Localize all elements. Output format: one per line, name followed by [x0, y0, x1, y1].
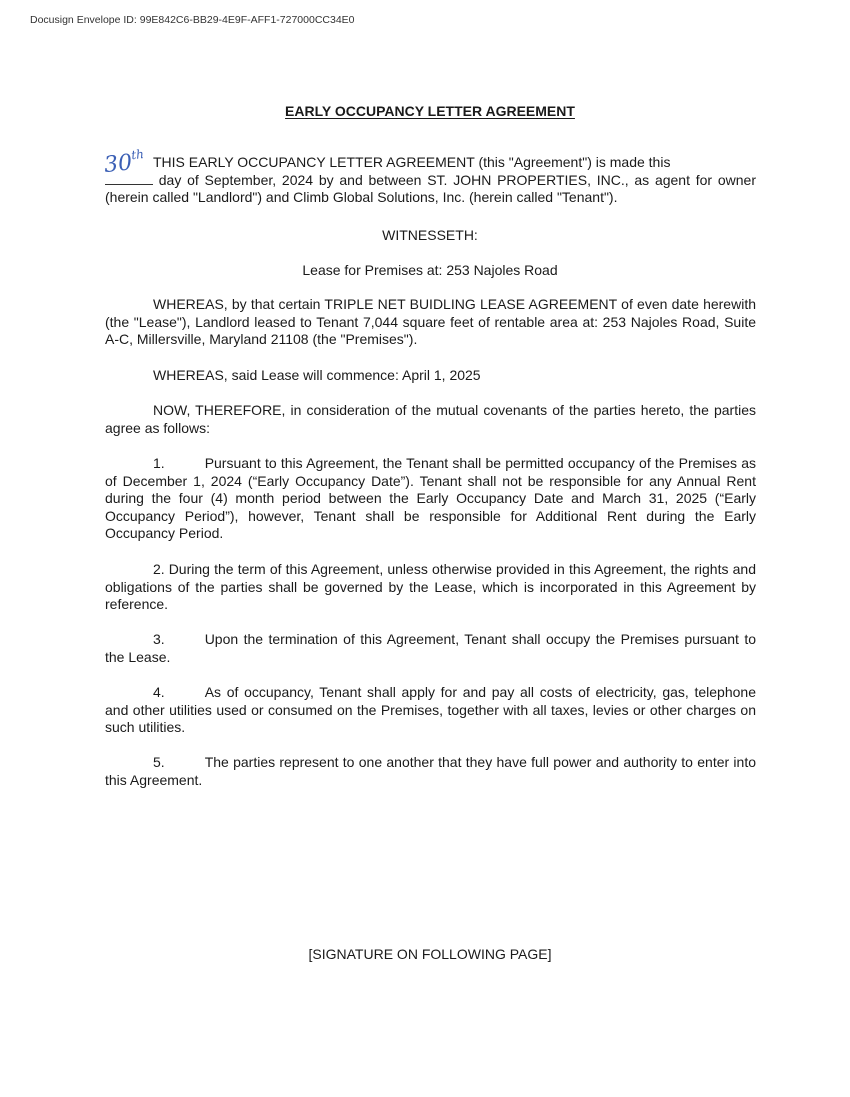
date-blank	[105, 172, 153, 185]
document-title: EARLY OCCUPANCY LETTER AGREEMENT	[0, 103, 850, 119]
witnesseth-heading: WITNESSETH:	[0, 227, 850, 243]
clause-number: 2.	[153, 561, 165, 577]
clause-3: 3.Upon the termination of this Agreement…	[105, 631, 756, 666]
clause-text: The parties represent to one another tha…	[105, 754, 756, 788]
clause-5: 5.The parties represent to one another t…	[105, 754, 756, 789]
signature-note: [SIGNATURE ON FOLLOWING PAGE]	[0, 946, 850, 962]
clause-4: 4.As of occupancy, Tenant shall apply fo…	[105, 684, 756, 737]
clause-number: 1.	[153, 455, 165, 471]
whereas-paragraph-2: WHEREAS, said Lease will commence: April…	[105, 367, 756, 385]
clause-1: 1.Pursuant to this Agreement, the Tenant…	[105, 455, 756, 543]
lease-premises-line: Lease for Premises at: 253 Najoles Road	[0, 262, 850, 278]
whereas-paragraph-1: WHEREAS, by that certain TRIPLE NET BUID…	[105, 296, 756, 349]
clause-text: Upon the termination of this Agreement, …	[105, 631, 756, 665]
intro-line1: THIS EARLY OCCUPANCY LETTER AGREEMENT (t…	[153, 154, 670, 170]
clause-text: During the term of this Agreement, unles…	[105, 561, 756, 612]
intro-paragraph: THIS EARLY OCCUPANCY LETTER AGREEMENT (t…	[105, 154, 756, 207]
clause-text: Pursuant to this Agreement, the Tenant s…	[105, 455, 756, 541]
clause-2: 2.During the term of this Agreement, unl…	[105, 561, 756, 614]
clause-number: 4.	[153, 684, 165, 700]
clause-number: 3.	[153, 631, 165, 647]
clause-number: 5.	[153, 754, 165, 770]
clause-text: As of occupancy, Tenant shall apply for …	[105, 684, 756, 735]
envelope-id: Docusign Envelope ID: 99E842C6-BB29-4E9F…	[30, 14, 355, 26]
intro-rest: day of September, 2024 by and between ST…	[105, 172, 756, 206]
now-therefore-paragraph: NOW, THEREFORE, in consideration of the …	[105, 402, 756, 437]
